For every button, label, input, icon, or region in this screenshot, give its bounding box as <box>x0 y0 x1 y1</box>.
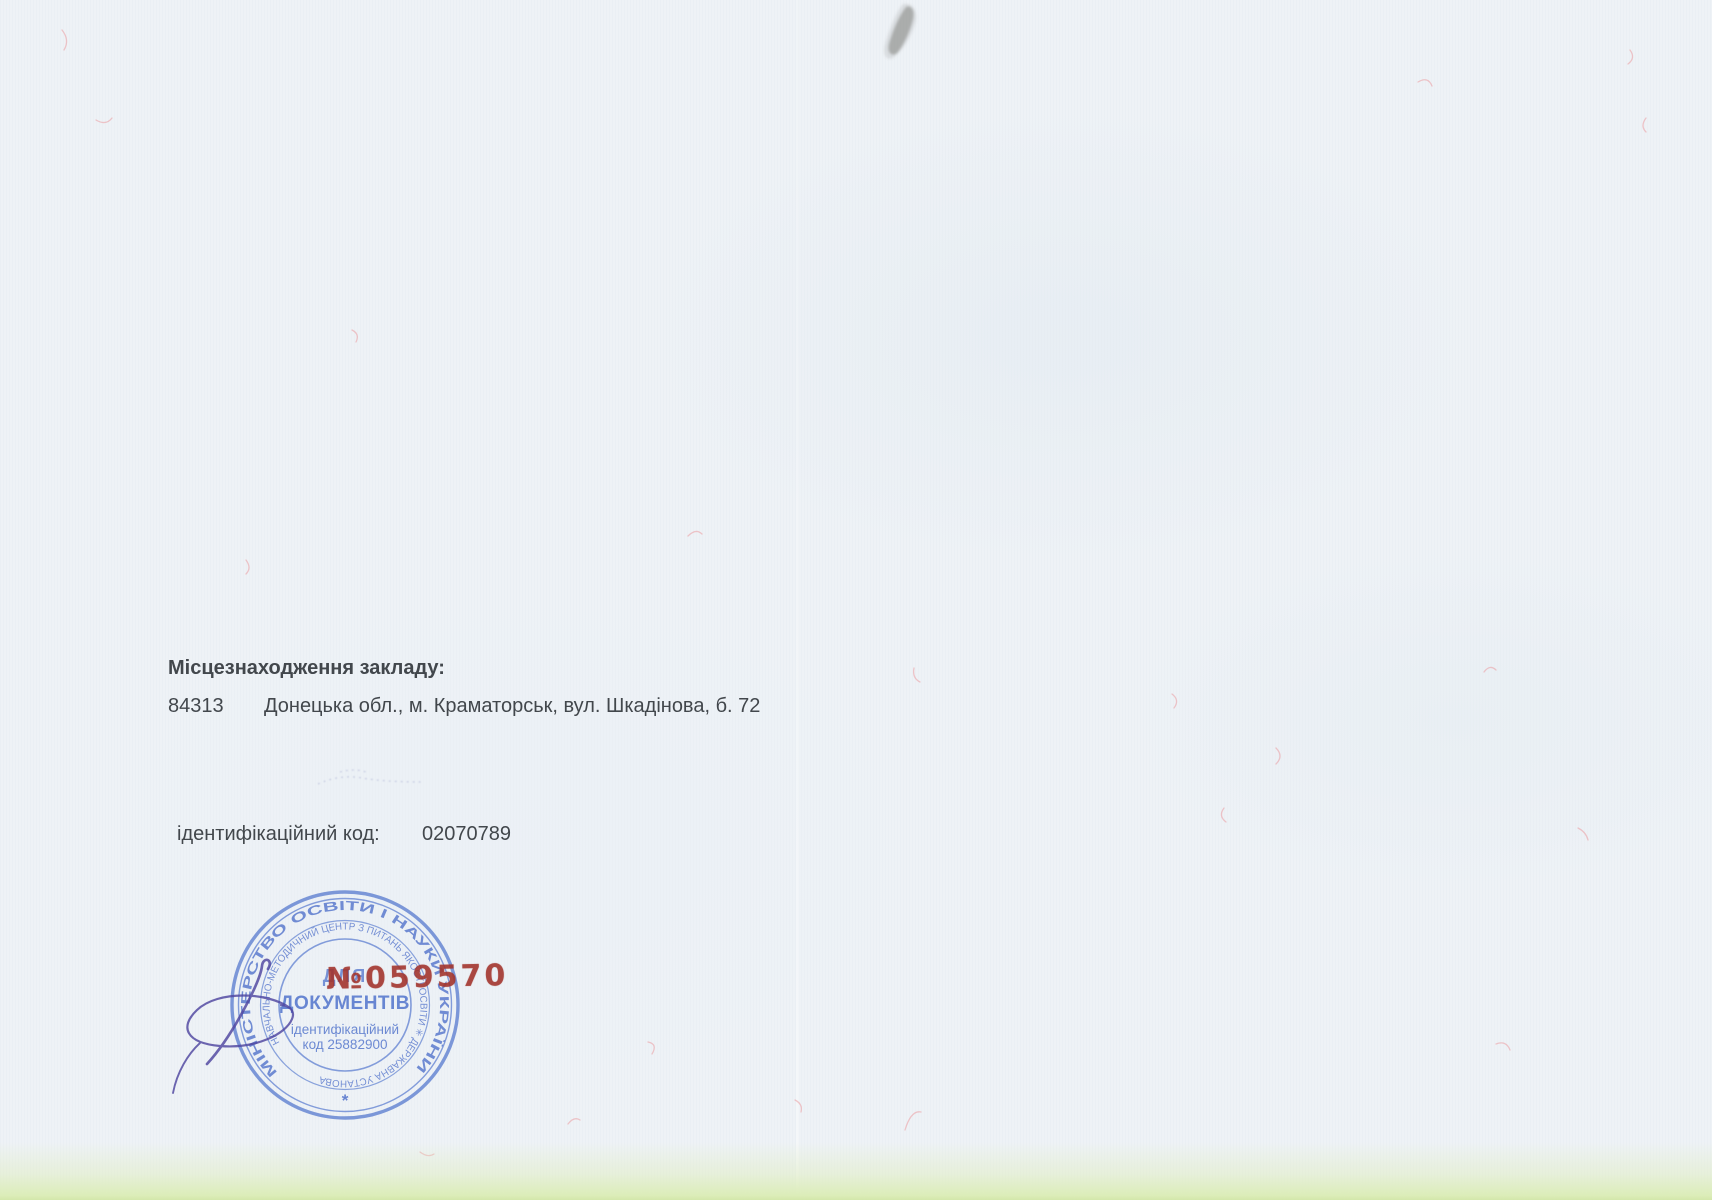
bottom-scan-tint <box>0 1142 1712 1200</box>
id-code-value: 02070789 <box>422 822 511 846</box>
scan-seam <box>796 0 799 1200</box>
location-heading: Місцезнаходження закладу: <box>168 656 445 680</box>
ink-smudge <box>884 4 916 59</box>
scanned-document-page: Місцезнаходження закладу: 84313 Донецька… <box>0 0 1712 1200</box>
id-code-label: ідентифікаційний код: <box>177 822 380 846</box>
postal-code: 84313 <box>168 694 224 718</box>
faint-ghost-marks <box>318 770 424 784</box>
address-line: Донецька обл., м. Краматорськ, вул. Шкад… <box>264 694 760 718</box>
signature-stroke <box>207 960 270 1064</box>
signature-loop <box>187 996 293 1047</box>
signature <box>150 930 430 1120</box>
signature-tail <box>173 1043 200 1093</box>
